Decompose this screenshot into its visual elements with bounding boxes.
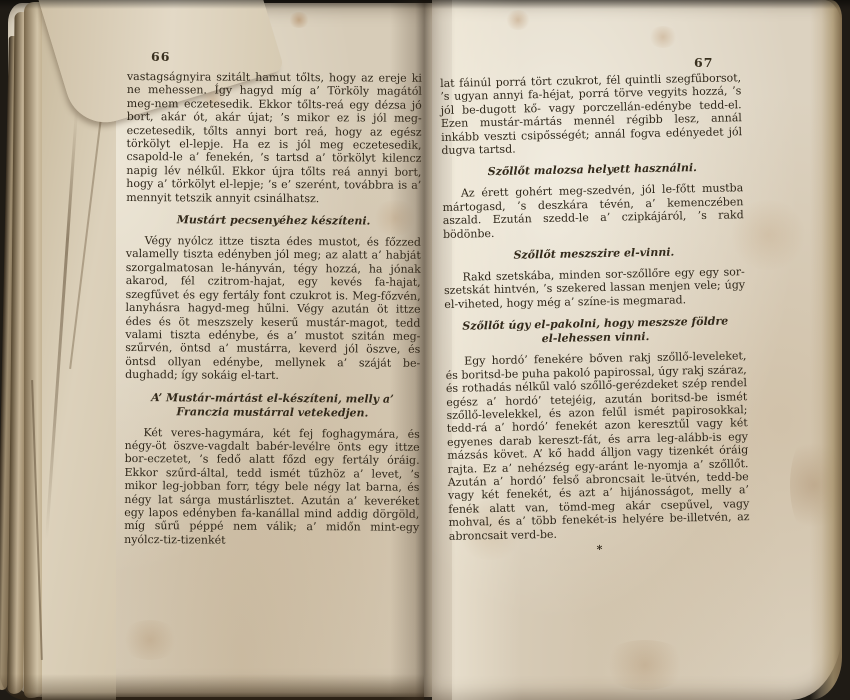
body-paragraph: Az érett gohért meg-szedvén, jól le-főtt… <box>442 182 744 241</box>
body-paragraph: lat fáinúl porrá tört czukrot, fél quint… <box>440 71 742 157</box>
recipe-heading: Szőllőt meszszire el-vinni. <box>457 245 730 264</box>
recipe-heading: Szőllőt malozsa helyett használni. <box>456 161 729 180</box>
open-book-photo: 66 67 vastagságnyira szitált hamut tőlts… <box>0 0 850 700</box>
fore-edge <box>810 0 842 700</box>
body-paragraph: Két veres-hagymára, két fej foghagymára,… <box>124 426 420 548</box>
recipe-heading: A’ Mustár-mártást el-készíteni, melly a’… <box>139 391 406 421</box>
page-number-right: 67 <box>694 55 713 70</box>
page-number-left: 66 <box>151 49 170 64</box>
body-paragraph: Rakd szetskába, minden sor-szőllőre egy … <box>444 265 746 311</box>
recipe-heading: Szőllőt úgy el-pakolni, hogy meszsze föl… <box>459 315 732 348</box>
body-paragraph: Egy hordó’ fenekére bőven rakj szőllő-le… <box>445 349 750 542</box>
recipe-heading: Mustárt pecsenyéhez készíteni. <box>140 213 407 229</box>
right-page-text: lat fáinúl porrá tört czukrot, fél quint… <box>440 71 750 559</box>
bottom-shadow <box>0 674 424 700</box>
body-paragraph: vastagságnyira szitált hamut tőlts, hogy… <box>126 70 422 206</box>
body-paragraph: Végy nyólcz ittze tiszta édes mustot, és… <box>125 234 421 383</box>
left-page-text: vastagságnyira szitált hamut tőlts, hogy… <box>124 70 422 551</box>
